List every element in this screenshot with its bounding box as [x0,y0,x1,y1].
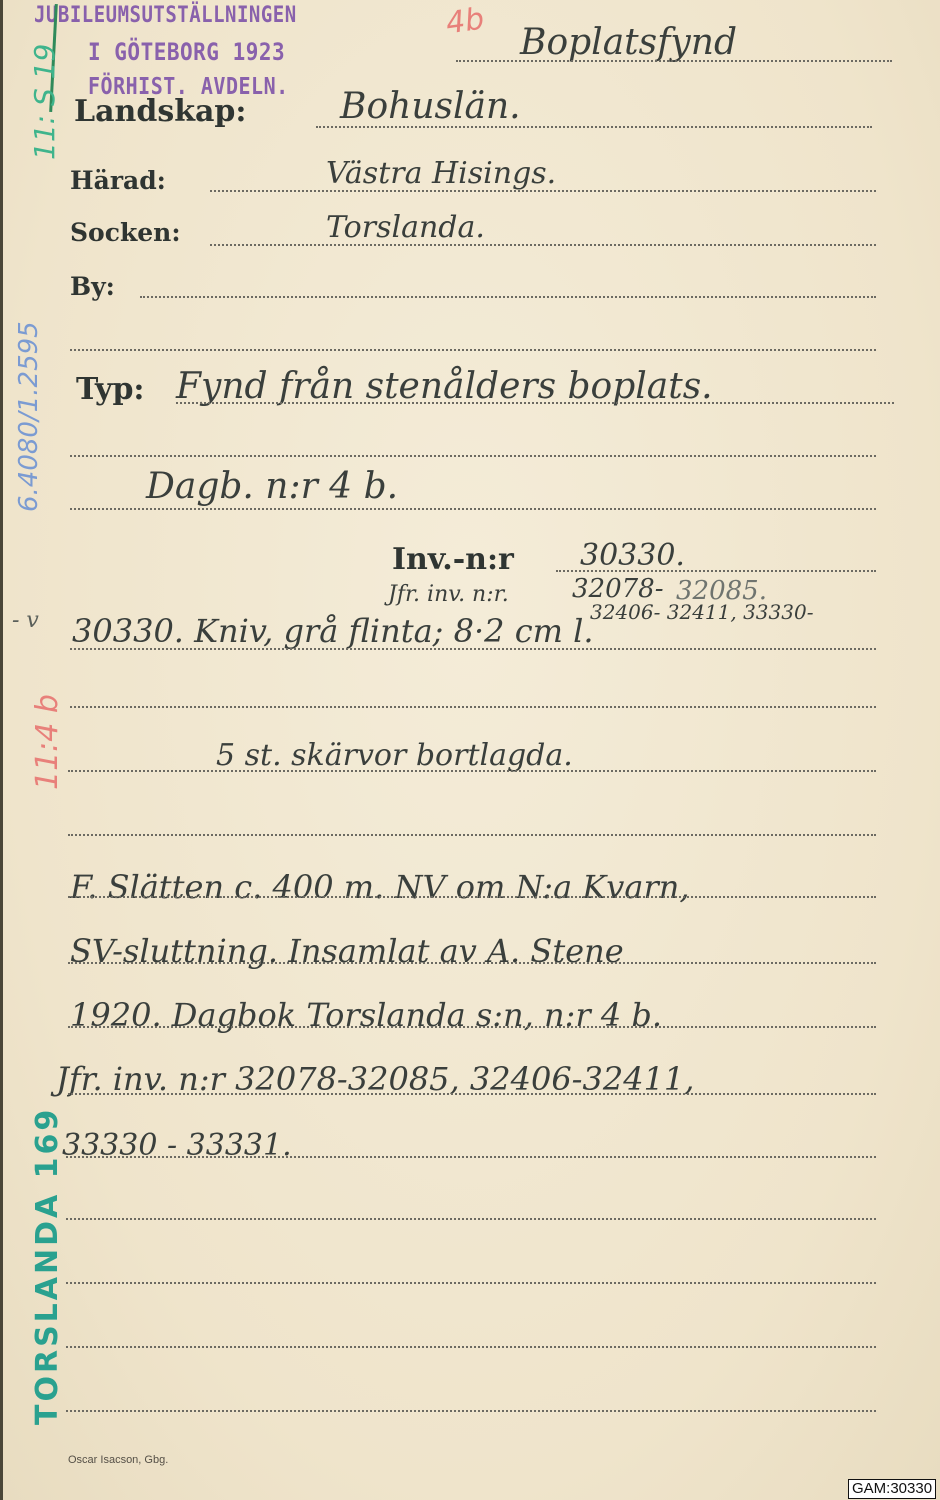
stamp-line-1: JUBILEUMSUTSTÄLLNINGEN [34,2,297,27]
green-pencil-note: 11: S 19 [28,44,61,160]
label-socken: Socken: [70,218,181,247]
dotted-line [66,1156,876,1158]
dotted-line [210,190,876,192]
label-inventory-number: Inv.-n:r [392,542,514,577]
compare-note-line2: 32406- 32411, 33330- [590,600,813,624]
removed-note: 5 st. skärvor bortlagda. [216,738,573,773]
vertical-stamp: TORSLANDA 169 [30,1107,65,1425]
label-typ: Typ: [76,372,145,407]
dotted-line [68,896,876,898]
dotted-line [176,402,894,404]
value-socken: Torslanda. [326,210,485,245]
dotted-line [140,296,876,298]
label-by: By: [70,272,115,301]
category-heading: Boplatsfynd [520,22,737,63]
value-inventory-number: 30330. [580,538,685,573]
dotted-line [66,1218,876,1220]
dotted-line [68,962,876,964]
dotted-line [70,349,876,351]
red-mark: 4b [444,2,487,42]
dotted-line [68,1026,876,1028]
printer-imprint: Oscar Isacson, Gbg. [68,1454,168,1466]
description-line: 1920. Dagbok Torslanda s:n, n:r 4 b. [70,996,662,1034]
value-harad: Västra Hisings. [326,156,556,191]
catalog-id: GAM:30330 [848,1479,936,1499]
dotted-line [66,1410,876,1412]
dotted-line [66,1346,876,1348]
dotted-line [70,648,876,650]
dotted-line [70,706,876,708]
dotted-line [68,1093,876,1095]
value-landskap: Bohuslän. [340,86,521,127]
dotted-line [68,770,876,772]
check-mark: - v [12,608,39,633]
dotted-line [66,1282,876,1284]
stamp-line-2: I GÖTEBORG 1923 [88,38,285,66]
dotted-line [556,570,876,572]
dotted-line [68,834,876,836]
dotted-line [456,60,892,62]
label-harad: Härad: [70,166,166,195]
compare-note-prefix: Jfr. inv. n:r. [388,582,509,607]
description-line: SV-sluttning. Insamlat av A. Stene [70,932,624,970]
label-landskap: Landskap: [74,94,247,129]
dotted-line [70,508,876,510]
dotted-line [210,244,876,246]
dotted-line [316,126,872,128]
blue-pencil-note: 6.4080/1.2595 [14,321,44,512]
red-pencil-note: 11:4 b [30,694,65,790]
item-description: 30330. Kniv, grå flinta; 8·2 cm l. [72,612,594,650]
value-typ: Fynd från stenålders boplats. [176,366,713,407]
card-edge [0,0,3,1500]
diary-reference: Dagb. n:r 4 b. [146,466,398,507]
description-line: F. Slätten c. 400 m. NV om N:a Kvarn, [70,868,690,906]
dotted-line [70,455,876,457]
